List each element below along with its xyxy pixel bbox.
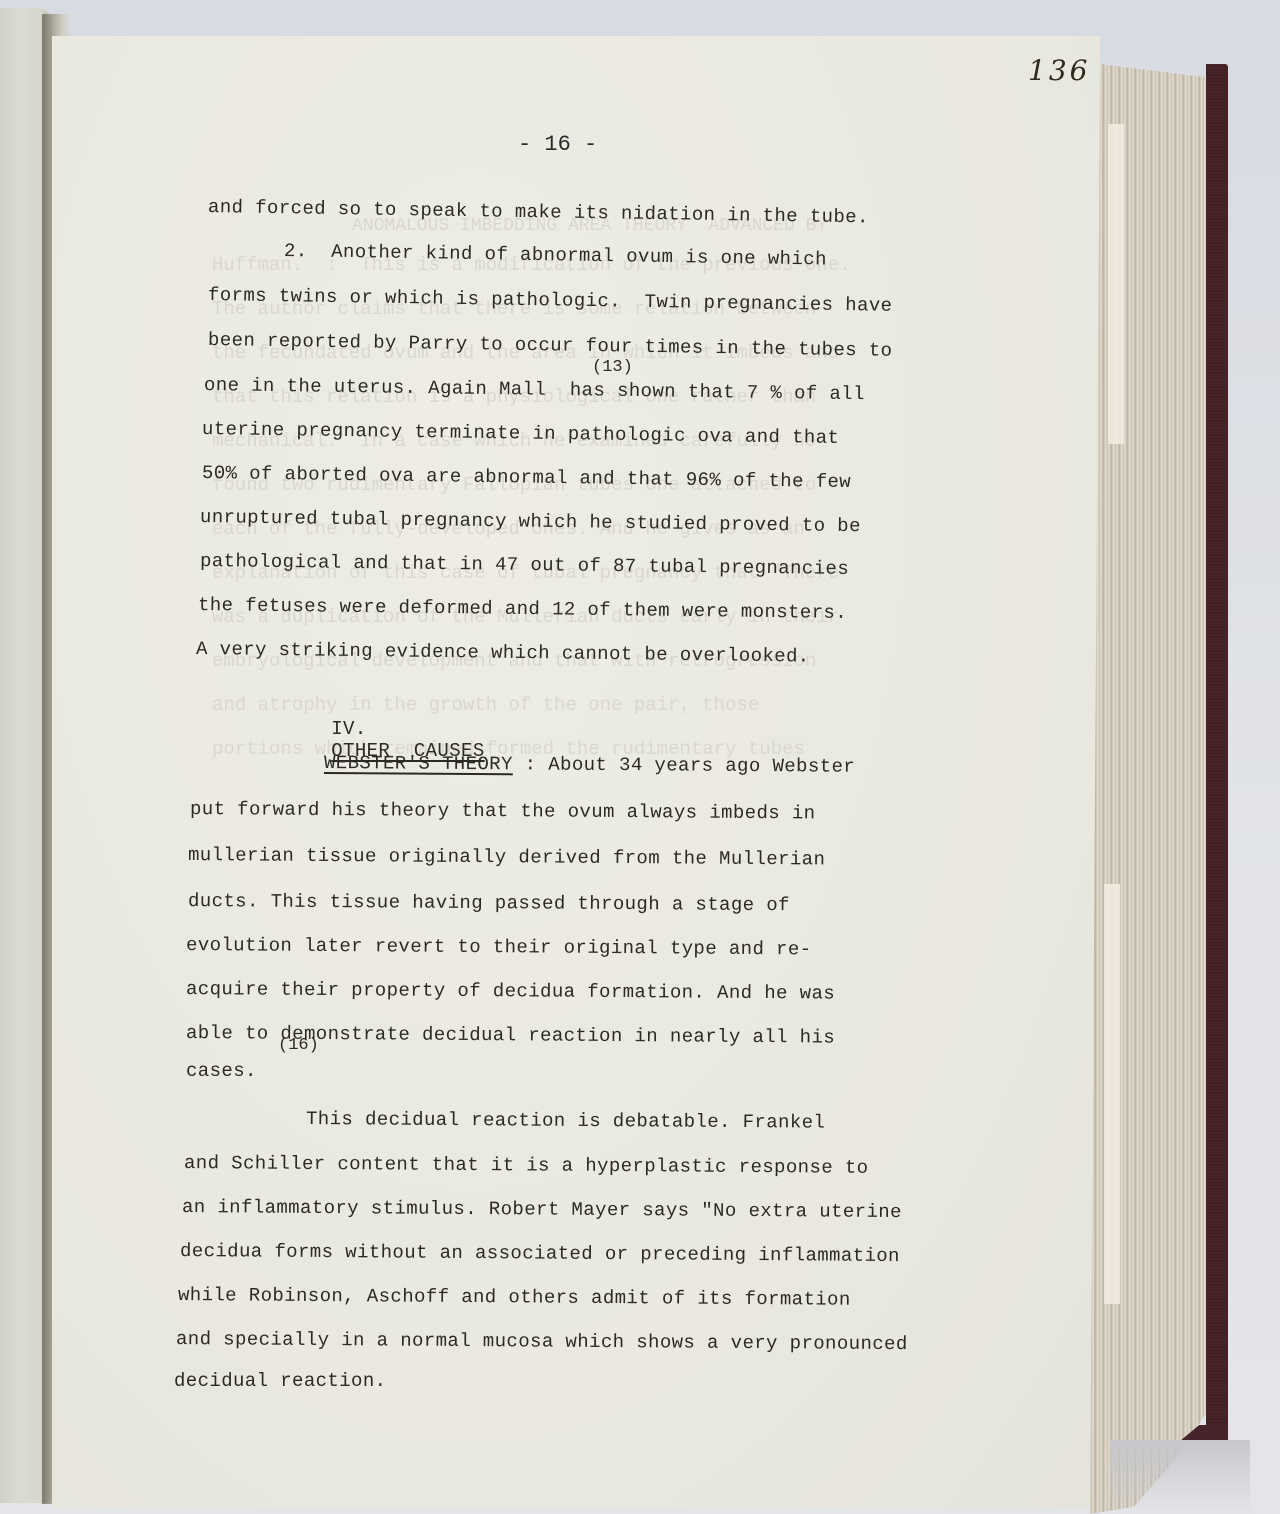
section-numeral: IV. <box>331 718 366 740</box>
subsection-lead-line: WEBSTER'S THEORY : About 34 years ago We… <box>324 752 855 778</box>
book-shadow <box>1110 1440 1250 1514</box>
text-line: This decidual reaction is debatable. Fra… <box>306 1108 825 1134</box>
text-line: acquire their property of decidua format… <box>186 978 835 1005</box>
page-number: - 16 - <box>518 132 597 157</box>
subsection-heading: WEBSTER'S THEORY <box>324 752 513 775</box>
text-line: while Robinson, Aschoff and others admit… <box>178 1284 851 1311</box>
text-line: and specially in a normal mucosa which s… <box>176 1328 908 1355</box>
text-line: mullerian tissue originally derived from… <box>188 844 825 870</box>
text-line: decidual reaction. <box>174 1370 386 1392</box>
text-line: cases. <box>186 1060 257 1082</box>
text-line: an inflammatory stimulus. Robert Mayer s… <box>182 1196 902 1223</box>
footnote-marker-16: (16) <box>278 1036 319 1055</box>
text-line: and Schiller content that it is a hyperp… <box>184 1152 869 1179</box>
text-line: evolution later revert to their original… <box>186 934 812 960</box>
text-line: put forward his theory that the ovum alw… <box>190 798 816 824</box>
book-fore-edge <box>1090 64 1216 1514</box>
footnote-marker-13: (13) <box>592 358 633 377</box>
page-edge-highlight <box>1108 124 1124 444</box>
text-line: decidua forms without an associated or p… <box>180 1240 900 1267</box>
book-cover-edge <box>1206 64 1228 1442</box>
document-page: ANOMALOUS IMBEDDING AREA THEORY ADVANCED… <box>52 36 1100 1508</box>
handwritten-folio-number: 136 <box>1028 54 1090 87</box>
subsection-separator: : <box>513 753 549 775</box>
text-line: ducts. This tissue having passed through… <box>188 890 790 916</box>
subsection-lead-text: About 34 years ago Webster <box>548 754 855 778</box>
page-edge-highlight <box>1104 884 1120 1304</box>
